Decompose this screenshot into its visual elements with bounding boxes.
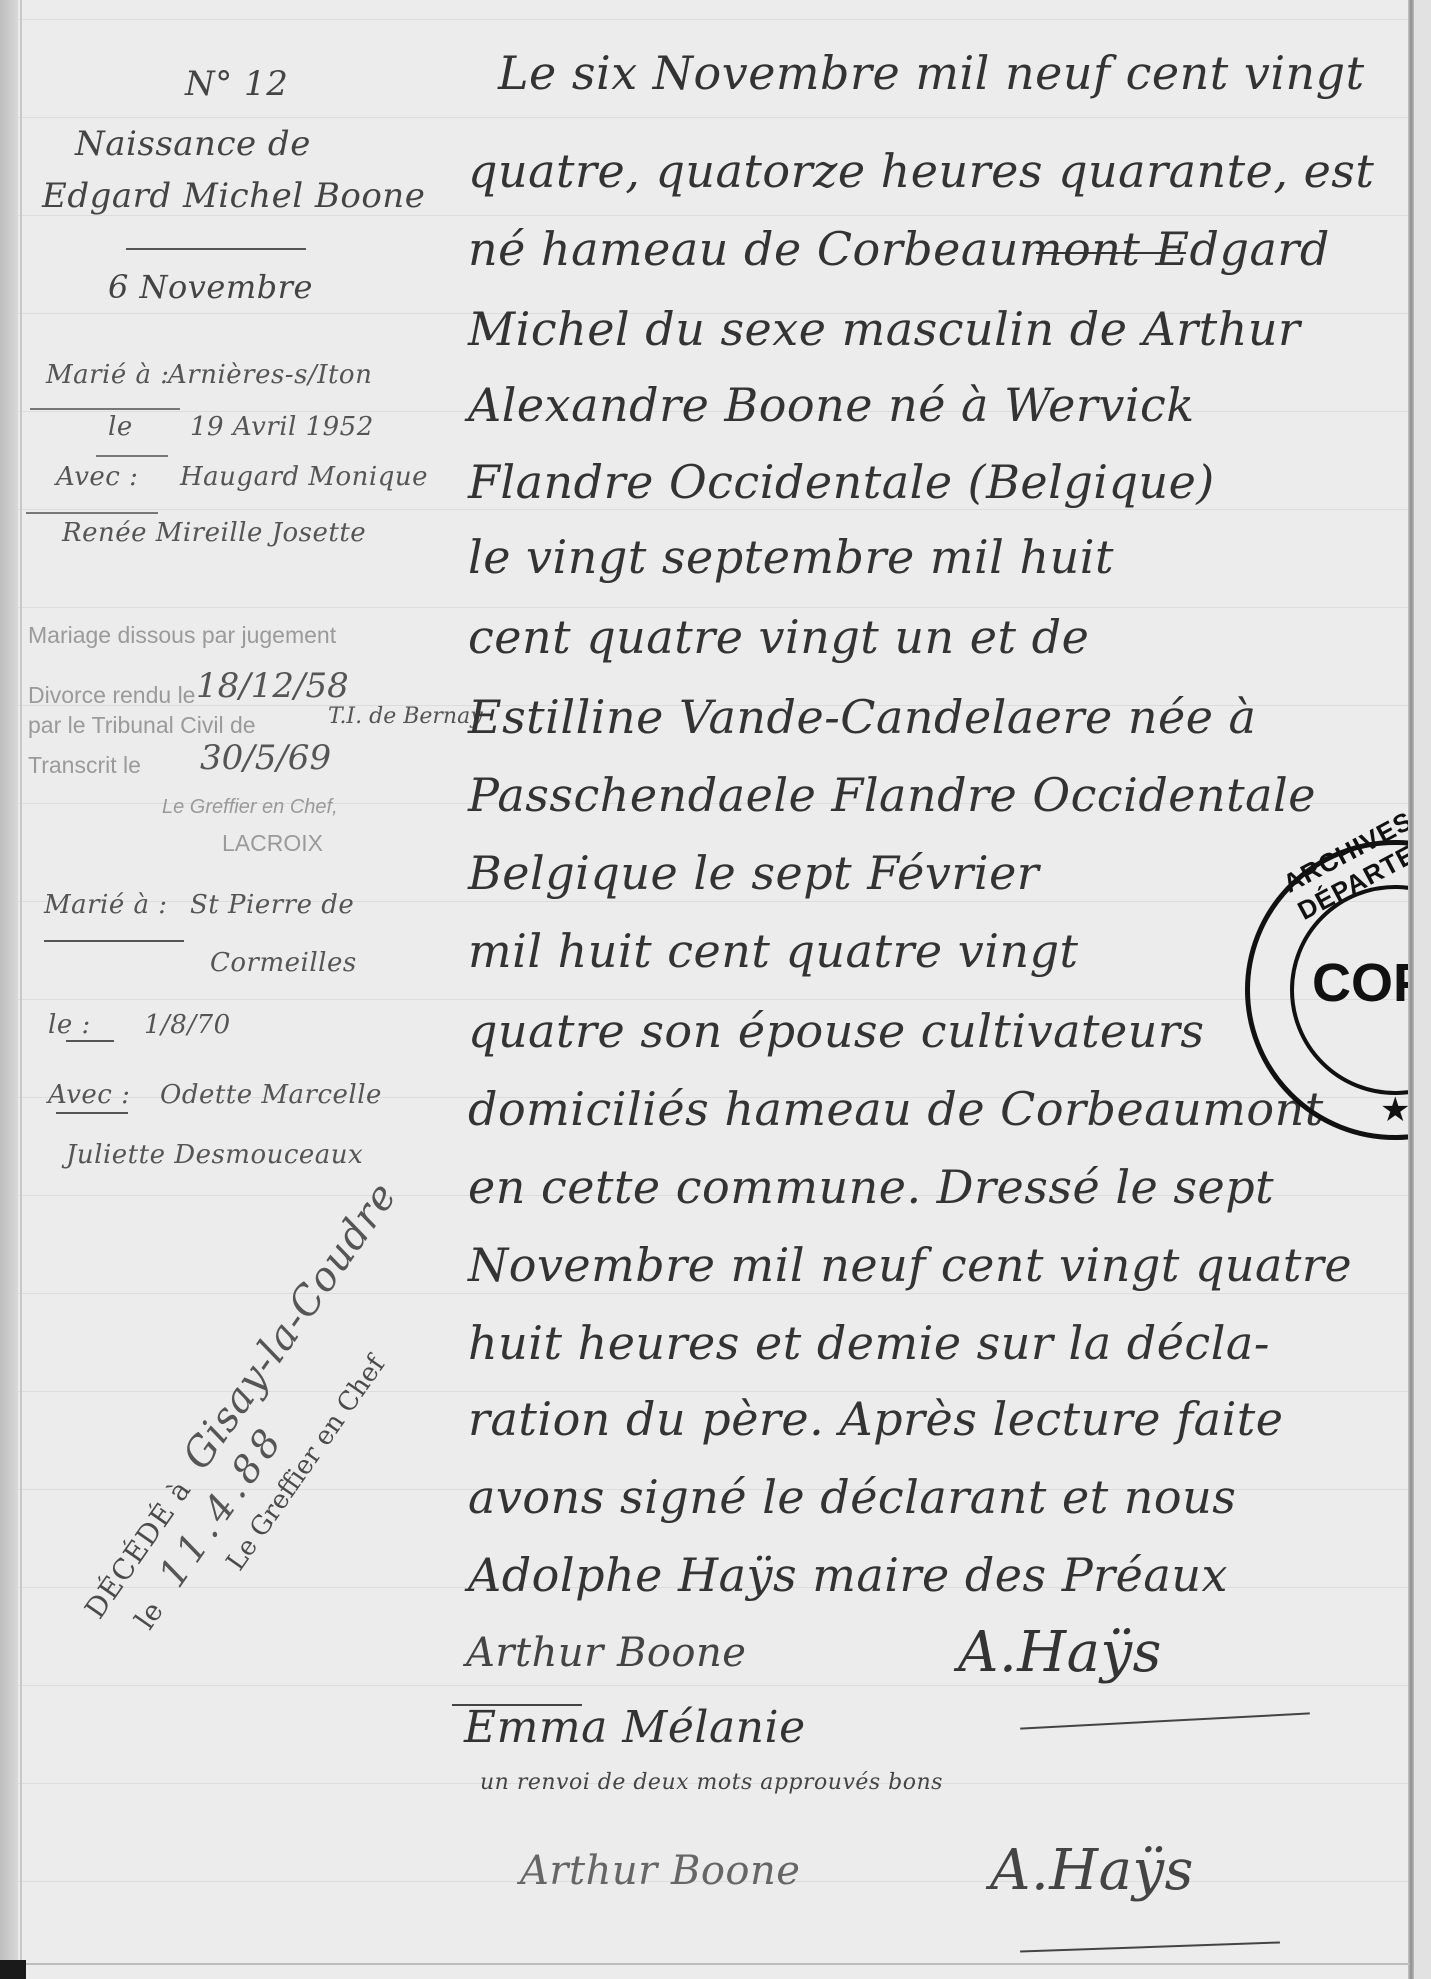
body-line: Le six Novembre mil neuf cent vingt: [498, 46, 1365, 100]
signature-mayor-2: A.Haÿs: [990, 1838, 1194, 1903]
body-line: domiciliés hameau de Corbeaumont: [468, 1082, 1324, 1136]
body-line: Flandre Occidentale (Belgique): [468, 455, 1215, 509]
facing-page-edge: [1414, 0, 1431, 1979]
body-line: Adolphe Haÿs maire des Préaux: [468, 1548, 1228, 1602]
seal-copie-label: COPIE: [1312, 952, 1408, 1014]
signature-declarant-1: Arthur Boone: [466, 1630, 746, 1676]
body-line: huit heures et demie sur la décla-: [468, 1316, 1270, 1370]
body-line: quatre son épouse cultivateurs: [468, 1004, 1204, 1058]
body-line: Novembre mil neuf cent vingt quatre: [468, 1238, 1352, 1292]
signature-mayor-1: A.Haÿs: [958, 1620, 1162, 1685]
renvoi-words: Emma Mélanie: [464, 1702, 806, 1753]
body-line: le vingt septembre mil huit: [468, 530, 1114, 584]
renvoi-note: un renvoi de deux mots approuvés bons: [480, 1770, 943, 1795]
body-line: Belgique le sept Février: [468, 846, 1039, 900]
body-line: né hameau de Corbeaumont Edgard: [468, 222, 1330, 276]
body-line: en cette commune. Dressé le sept: [468, 1160, 1274, 1214]
body-line: Passchendaele Flandre Occidentale: [468, 768, 1316, 822]
body-line: avons signé le déclarant et nous: [468, 1470, 1236, 1524]
body-line: Alexandre Boone né à Wervick: [468, 378, 1195, 432]
strikethrough: [1036, 252, 1186, 254]
body-line: Michel du sexe masculin de Arthur: [468, 302, 1301, 356]
signature-flourish: [1020, 1712, 1310, 1729]
act-body: Le six Novembre mil neuf cent vingt quat…: [0, 0, 1408, 1979]
star-icon: ★: [1380, 1090, 1408, 1130]
signature-flourish: [1020, 1941, 1280, 1952]
body-line: cent quatre vingt un et de: [468, 610, 1089, 664]
body-line: quatre, quatorze heures quarante, est: [468, 144, 1374, 198]
body-line: ration du père. Après lecture faite: [468, 1392, 1284, 1446]
signature-declarant-2: Arthur Boone: [520, 1848, 800, 1894]
register-page: N° 12 Naissance de Edgard Michel Boone 6…: [0, 0, 1431, 1979]
body-line: Estilline Vande-Candelaere née à: [468, 690, 1256, 744]
body-line: mil huit cent quatre vingt: [468, 924, 1079, 978]
